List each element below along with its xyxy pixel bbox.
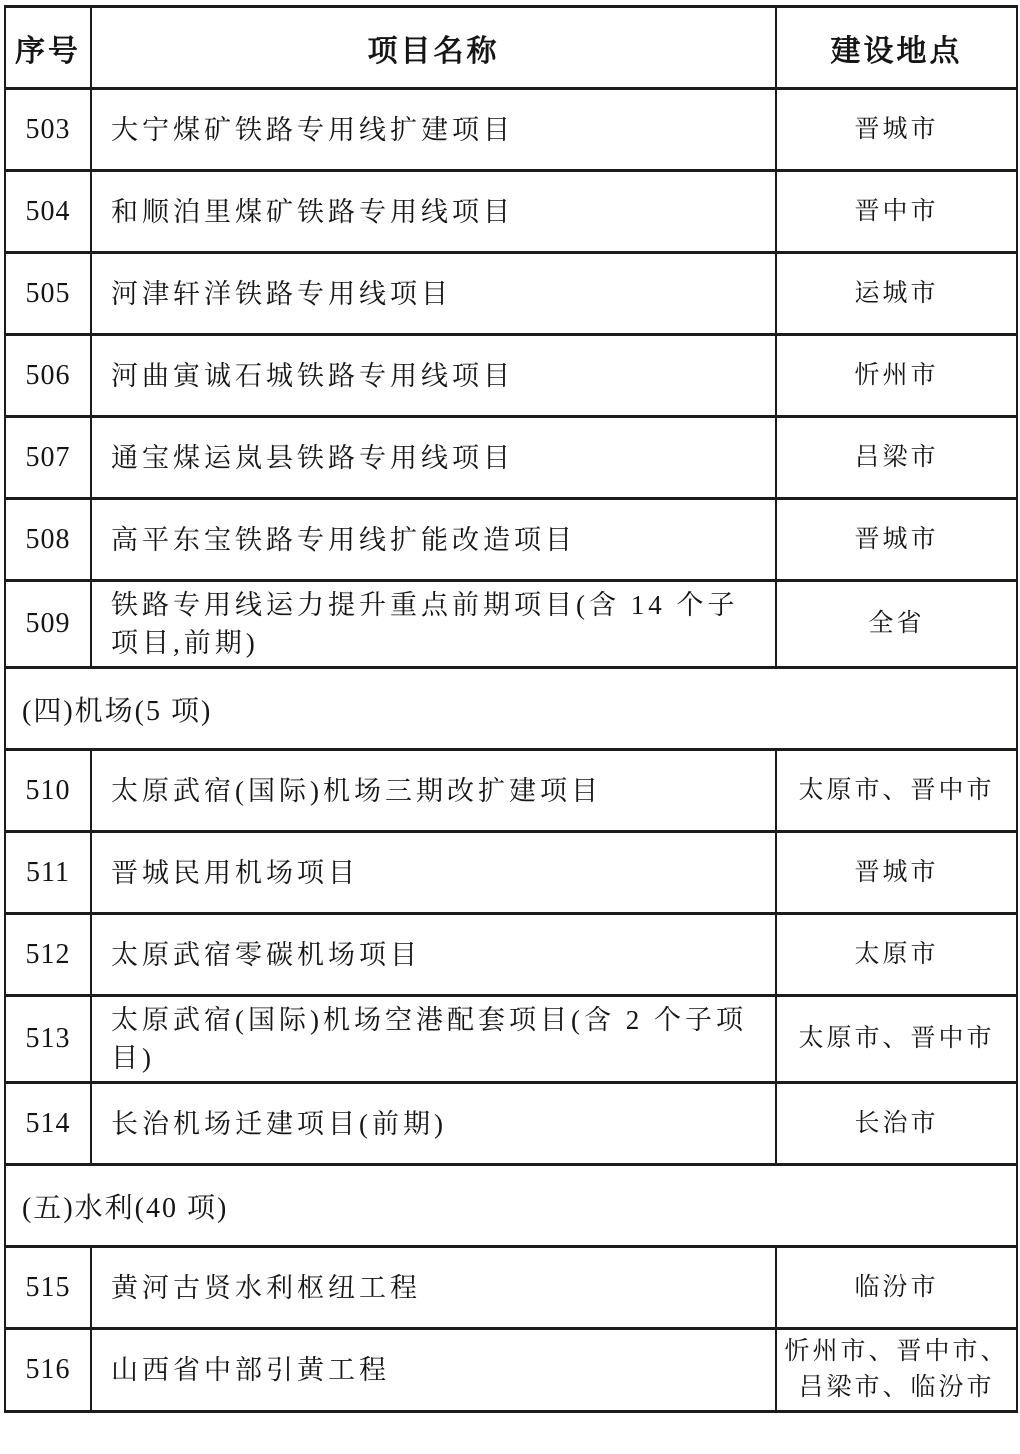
projects-table: 序号 项目名称 建设地点 503 大宁煤矿铁路专用线扩建项目 晋城市 504 和… <box>4 5 1018 1413</box>
row-serial: 506 <box>5 335 91 417</box>
row-location: 忻州市、晋中市、 吕梁市、临汾市 <box>776 1329 1017 1412</box>
row-serial: 516 <box>5 1329 91 1412</box>
table-row: 504 和顺泊里煤矿铁路专用线项目 晋中市 <box>5 171 1017 253</box>
table-row: 508 高平东宝铁路专用线扩能改造项目 晋城市 <box>5 499 1017 581</box>
row-location: 太原市、晋中市 <box>776 750 1017 832</box>
table-row: 516 山西省中部引黄工程 忻州市、晋中市、 吕梁市、临汾市 <box>5 1329 1017 1412</box>
table-row: 507 通宝煤运岚县铁路专用线项目 吕梁市 <box>5 417 1017 499</box>
table-row: 514 长治机场迁建项目(前期) 长治市 <box>5 1083 1017 1165</box>
col-header-serial: 序号 <box>5 7 91 89</box>
table-row: 509 铁路专用线运力提升重点前期项目(含 14 个子 项目,前期) 全省 <box>5 581 1017 668</box>
col-header-project-name: 项目名称 <box>91 7 776 89</box>
row-location: 临汾市 <box>776 1247 1017 1329</box>
header-row: 序号 项目名称 建设地点 <box>5 7 1017 89</box>
row-serial: 514 <box>5 1083 91 1165</box>
table-row: 513 太原武宿(国际)机场空港配套项目(含 2 个子项 目) 太原市、晋中市 <box>5 996 1017 1083</box>
row-location: 太原市、晋中市 <box>776 996 1017 1083</box>
table-row: 515 黄河古贤水利枢纽工程 临汾市 <box>5 1247 1017 1329</box>
table-row: 512 太原武宿零碳机场项目 太原市 <box>5 914 1017 996</box>
table-row: 511 晋城民用机场项目 晋城市 <box>5 832 1017 914</box>
table-row: 510 太原武宿(国际)机场三期改扩建项目 太原市、晋中市 <box>5 750 1017 832</box>
row-location: 吕梁市 <box>776 417 1017 499</box>
row-location: 晋中市 <box>776 171 1017 253</box>
row-serial: 513 <box>5 996 91 1083</box>
row-location: 运城市 <box>776 253 1017 335</box>
row-serial: 512 <box>5 914 91 996</box>
row-serial: 510 <box>5 750 91 832</box>
section-label-water: (五)水利(40 项) <box>5 1165 1017 1247</box>
row-project-name: 长治机场迁建项目(前期) <box>91 1083 776 1165</box>
row-serial: 504 <box>5 171 91 253</box>
row-serial: 509 <box>5 581 91 668</box>
row-project-name: 和顺泊里煤矿铁路专用线项目 <box>91 171 776 253</box>
row-location: 全省 <box>776 581 1017 668</box>
section-row: (四)机场(5 项) <box>5 668 1017 750</box>
row-serial: 515 <box>5 1247 91 1329</box>
row-location: 晋城市 <box>776 832 1017 914</box>
row-project-name: 大宁煤矿铁路专用线扩建项目 <box>91 89 776 171</box>
row-project-name: 河津轩洋铁路专用线项目 <box>91 253 776 335</box>
table-row: 506 河曲寅诚石城铁路专用线项目 忻州市 <box>5 335 1017 417</box>
row-project-name: 河曲寅诚石城铁路专用线项目 <box>91 335 776 417</box>
row-project-name: 山西省中部引黄工程 <box>91 1329 776 1412</box>
row-serial: 511 <box>5 832 91 914</box>
row-location: 忻州市 <box>776 335 1017 417</box>
row-serial: 505 <box>5 253 91 335</box>
row-serial: 503 <box>5 89 91 171</box>
row-project-name: 黄河古贤水利枢纽工程 <box>91 1247 776 1329</box>
row-project-name: 铁路专用线运力提升重点前期项目(含 14 个子 项目,前期) <box>91 581 776 668</box>
row-location: 晋城市 <box>776 499 1017 581</box>
row-location: 晋城市 <box>776 89 1017 171</box>
row-project-name: 太原武宿(国际)机场三期改扩建项目 <box>91 750 776 832</box>
row-project-name: 晋城民用机场项目 <box>91 832 776 914</box>
row-serial: 507 <box>5 417 91 499</box>
table-row: 503 大宁煤矿铁路专用线扩建项目 晋城市 <box>5 89 1017 171</box>
col-header-location: 建设地点 <box>776 7 1017 89</box>
projects-table-container: 序号 项目名称 建设地点 503 大宁煤矿铁路专用线扩建项目 晋城市 504 和… <box>4 5 1018 1413</box>
row-location: 长治市 <box>776 1083 1017 1165</box>
section-row: (五)水利(40 项) <box>5 1165 1017 1247</box>
row-project-name: 高平东宝铁路专用线扩能改造项目 <box>91 499 776 581</box>
row-project-name: 太原武宿(国际)机场空港配套项目(含 2 个子项 目) <box>91 996 776 1083</box>
row-project-name: 太原武宿零碳机场项目 <box>91 914 776 996</box>
section-label-airports: (四)机场(5 项) <box>5 668 1017 750</box>
row-serial: 508 <box>5 499 91 581</box>
table-row: 505 河津轩洋铁路专用线项目 运城市 <box>5 253 1017 335</box>
row-location: 太原市 <box>776 914 1017 996</box>
row-project-name: 通宝煤运岚县铁路专用线项目 <box>91 417 776 499</box>
